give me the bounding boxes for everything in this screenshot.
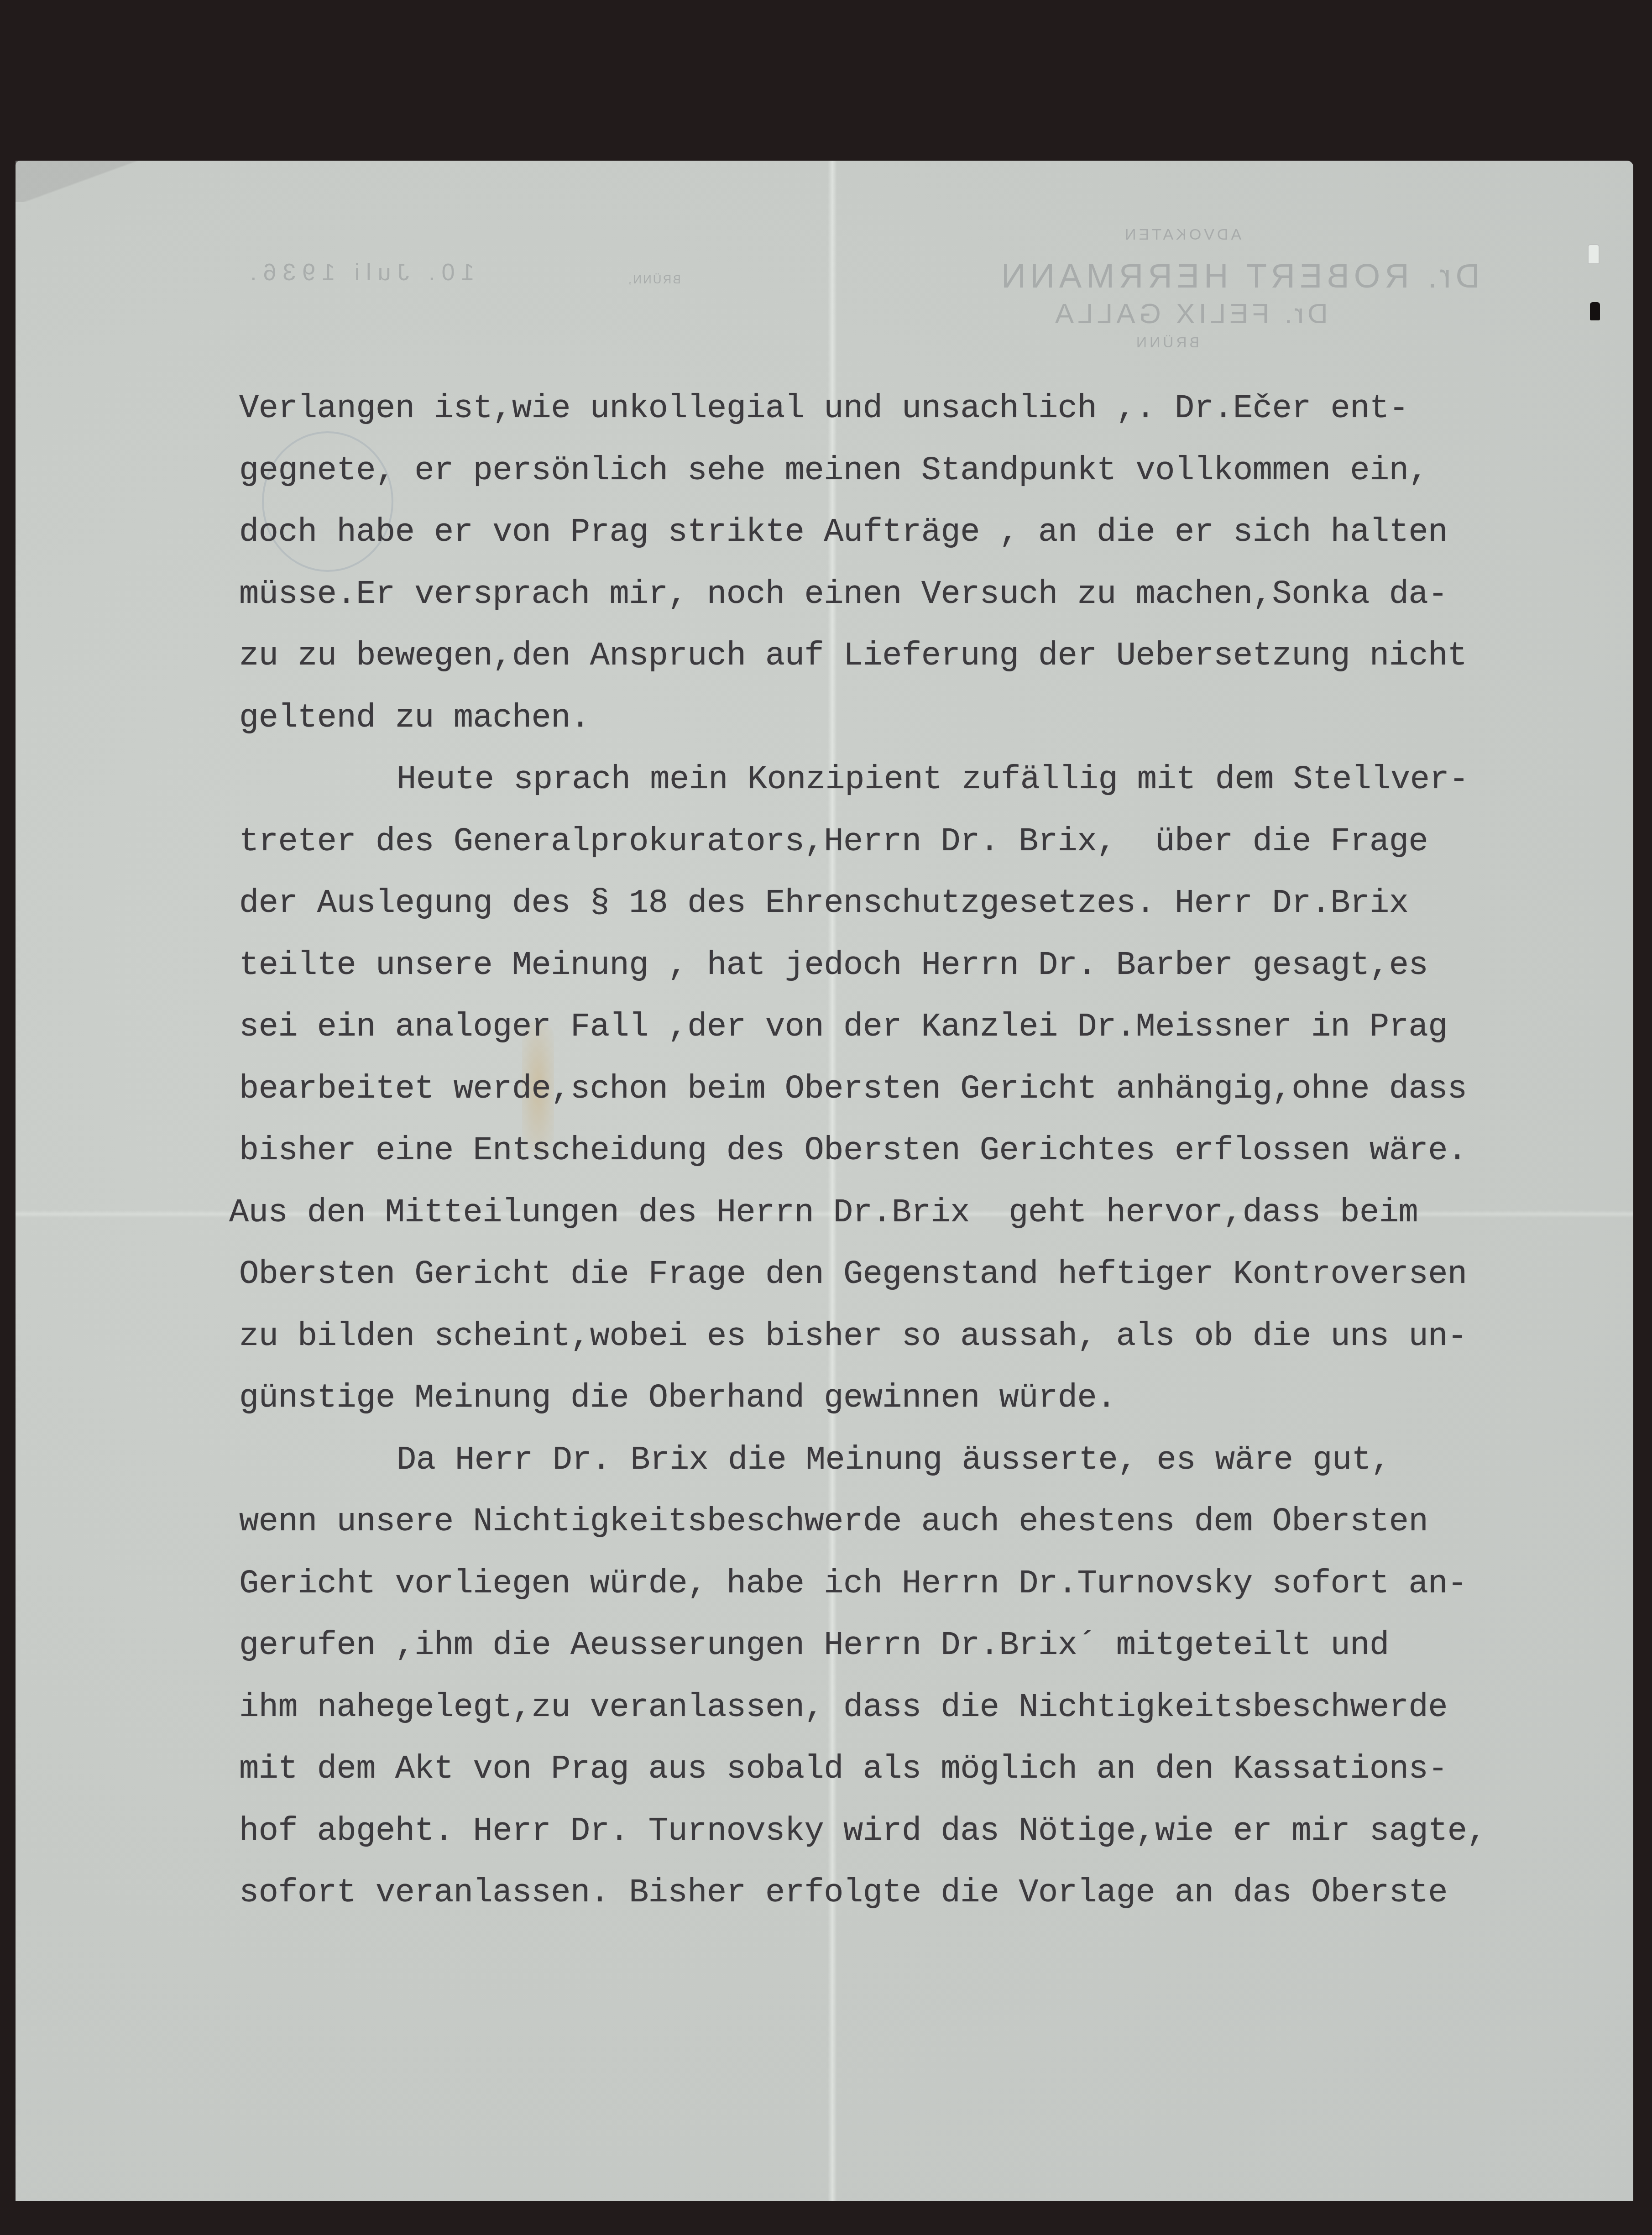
staple-hole-icon (1588, 244, 1600, 264)
typed-line: der Auslegung des § 18 des Ehrenschutzge… (239, 873, 1608, 935)
staple-hole-icon (1590, 302, 1600, 320)
typed-line: bearbeitet werde,schon beim Obersten Ger… (239, 1058, 1608, 1120)
typed-line: gerufen ,ihm die Aeusserungen Herrn Dr.B… (239, 1615, 1608, 1677)
typed-line: Aus den Mitteilungen des Herrn Dr.Brix g… (229, 1182, 1608, 1244)
typed-line: hof abgeht. Herr Dr. Turnovsky wird das … (239, 1801, 1608, 1863)
typed-line: sofort veranlassen. Bisher erfolgte die … (239, 1862, 1608, 1924)
typed-line: Heute sprach mein Konzipient zufällig mi… (239, 749, 1608, 811)
typed-line: doch habe er von Prag strikte Aufträge ,… (239, 502, 1608, 564)
letter-body: Verlangen ist,wie unkollegial und unsach… (239, 378, 1608, 1924)
typed-line: zu bilden scheint,wobei es bisher so aus… (239, 1306, 1608, 1368)
typed-line: günstige Meinung die Oberhand gewinnen w… (239, 1367, 1608, 1429)
typed-line: ihm nahegelegt,zu veranlassen, dass die … (239, 1677, 1608, 1739)
typed-line: gegnete, er persönlich sehe meinen Stand… (239, 440, 1608, 502)
typed-line: bisher eine Entscheidung des Obersten Ge… (239, 1120, 1608, 1182)
folded-corner (16, 161, 152, 202)
typed-line: teilte unsere Meinung , hat jedoch Herrn… (239, 935, 1608, 997)
date-stamp: 10. Juli 1936. (244, 259, 474, 286)
typed-line: mit dem Akt von Prag aus sobald als mögl… (239, 1738, 1608, 1801)
typed-line: sei ein analoger Fall ,der von der Kanzl… (239, 996, 1608, 1058)
typed-line: Da Herr Dr. Brix die Meinung äusserte, e… (239, 1429, 1608, 1492)
typed-line: wenn unsere Nichtigkeitsbeschwerde auch … (239, 1491, 1608, 1553)
letterhead-name-2: Dr. FELIX GALLA (1051, 298, 1328, 330)
typed-line: treter des Generalprokurators,Herrn Dr. … (239, 811, 1608, 873)
typed-line: Obersten Gericht die Frage den Gegenstan… (239, 1244, 1608, 1306)
typed-line: Verlangen ist,wie unkollegial und unsach… (239, 378, 1608, 440)
typed-line: müsse.Er versprach mir, noch einen Versu… (239, 564, 1608, 626)
letterhead-city: BRÜNN (1134, 334, 1199, 351)
typed-line: geltend zu machen. (239, 687, 1608, 749)
typed-line: Gericht vorliegen würde, habe ich Herrn … (239, 1553, 1608, 1615)
date-stamp-place: BRÜNN, (627, 272, 681, 287)
letterhead-name-1: Dr. ROBERT HERRMANN (997, 256, 1480, 295)
typed-line: zu zu bewegen,den Anspruch auf Lieferung… (239, 625, 1608, 687)
letterhead-profession: ADVOKATEN (1122, 226, 1241, 244)
letter-page: ADVOKATEN Dr. ROBERT HERRMANN Dr. FELIX … (16, 161, 1633, 2201)
